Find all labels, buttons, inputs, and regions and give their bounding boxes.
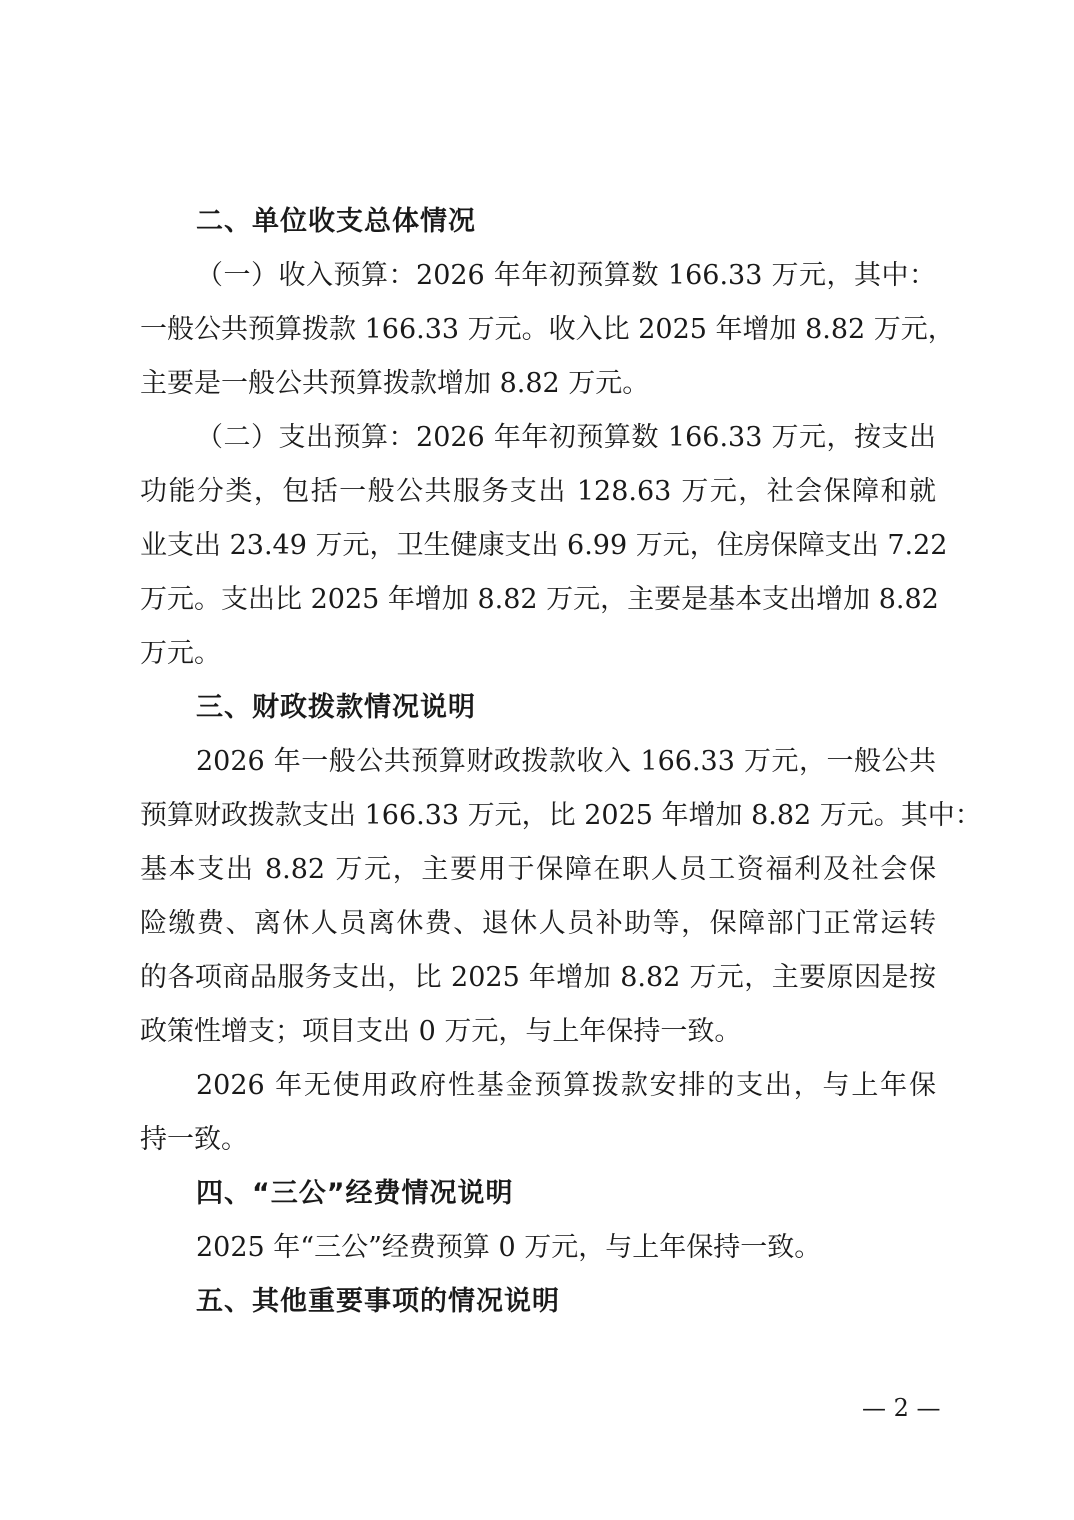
section-heading-overall-budget: 二、单位收支总体情况 (196, 202, 936, 242)
document-page: 二、单位收支总体情况 （一）收入预算：2026 年年初预算数 166.33 万元… (0, 0, 1074, 1520)
paragraph-line: 2025 年“三公”经费预算 0 万元，与上年保持一致。 (196, 1228, 936, 1268)
paragraph-line: 万元。 (140, 634, 936, 674)
paragraph-line: 险缴费、离休人员离休费、退休人员补助等，保障部门正常运转 (140, 904, 936, 944)
paragraph-line: 主要是一般公共预算拨款增加 8.82 万元。 (140, 364, 936, 404)
paragraph-line: （一）收入预算：2026 年年初预算数 166.33 万元，其中： (196, 256, 936, 296)
paragraph-line: 的各项商品服务支出，比 2025 年增加 8.82 万元，主要原因是按 (140, 958, 936, 998)
paragraph-line: 业支出 23.49 万元，卫生健康支出 6.99 万元，住房保障支出 7.22 (140, 526, 936, 566)
paragraph-line: 一般公共预算拨款 166.33 万元。收入比 2025 年增加 8.82 万元， (140, 310, 936, 350)
section-heading-three-public-expenses: 四、“三公”经费情况说明 (196, 1174, 936, 1214)
paragraph-line: 预算财政拨款支出 166.33 万元，比 2025 年增加 8.82 万元。其中… (140, 796, 936, 836)
page-number: — 2 — (862, 1394, 941, 1422)
paragraph-line: 功能分类，包括一般公共服务支出 128.63 万元，社会保障和就 (140, 472, 936, 512)
paragraph-line: 基本支出 8.82 万元，主要用于保障在职人员工资福利及社会保 (140, 850, 936, 890)
paragraph-line: （二）支出预算：2026 年年初预算数 166.33 万元，按支出 (196, 418, 936, 458)
section-heading-other-matters: 五、其他重要事项的情况说明 (196, 1282, 936, 1322)
paragraph-line: 政策性增支；项目支出 0 万元，与上年保持一致。 (140, 1012, 936, 1052)
section-heading-fiscal-appropriation: 三、财政拨款情况说明 (196, 688, 936, 728)
paragraph-line: 2026 年无使用政府性基金预算拨款安排的支出，与上年保 (196, 1066, 936, 1106)
paragraph-line: 持一致。 (140, 1120, 936, 1160)
paragraph-line: 2026 年一般公共预算财政拨款收入 166.33 万元，一般公共 (196, 742, 936, 782)
paragraph-line: 万元。支出比 2025 年增加 8.82 万元，主要是基本支出增加 8.82 (140, 580, 936, 620)
